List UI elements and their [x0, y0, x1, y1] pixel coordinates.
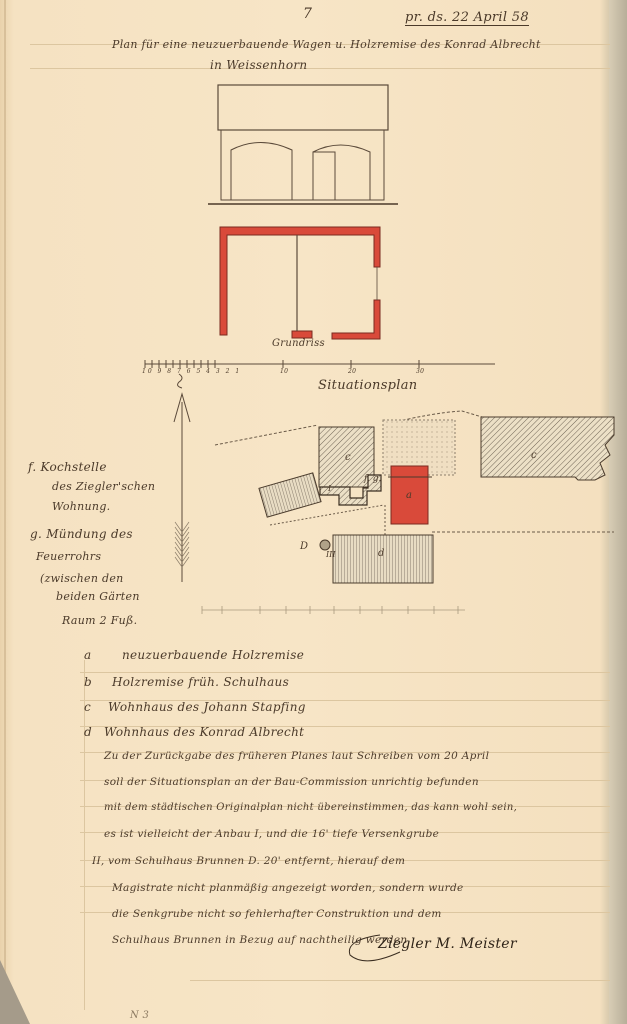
- scale-top-label: 10: [280, 368, 288, 375]
- signature: Ziegler M. Meister: [378, 936, 517, 952]
- legend-text: neuzuerbauende Holzremise: [122, 648, 304, 662]
- side-note-line: Raum 2 Fuß.: [62, 614, 137, 627]
- elevation-drawing: [200, 80, 410, 210]
- body-line: soll der Situationsplan an der Bau-Commi…: [104, 776, 479, 788]
- side-note-line: f. Kochstelle: [28, 460, 107, 474]
- page-number: 7: [303, 6, 312, 22]
- legend-key: b: [84, 675, 92, 689]
- label-a: a: [406, 490, 412, 501]
- ruled-line: [190, 980, 610, 981]
- label-c-left: c: [345, 452, 351, 463]
- body-line: es ist vielleicht der Anbau I, und die 1…: [104, 828, 439, 840]
- legend-key: c: [84, 700, 91, 714]
- receipt-note: pr. ds. 22 April 58: [405, 10, 529, 26]
- body-line: mit dem städtischen Originalplan nicht ü…: [104, 802, 517, 813]
- body-line: Magistrate nicht planmäßig angezeigt wor…: [112, 882, 464, 894]
- side-note-line: (zwischen den: [40, 572, 124, 585]
- legend-key: a: [84, 648, 91, 662]
- label-c-right: c: [531, 450, 537, 461]
- title-line-2: in Weissenhorn: [210, 58, 307, 72]
- label-d: d: [378, 548, 384, 559]
- ruled-line: [80, 672, 610, 673]
- torn-corner: [0, 960, 30, 1024]
- label-fg: f. g.: [364, 474, 381, 484]
- side-note-line: Wohnung.: [52, 500, 110, 513]
- side-note-line: Feuerrohrs: [36, 550, 101, 563]
- label-annex-III: III: [326, 550, 335, 559]
- scale-top-label: 30: [416, 368, 424, 375]
- footer-mark: N 3: [130, 1010, 149, 1021]
- side-note-line: g. Mündung des: [30, 527, 133, 541]
- document-page: 7 pr. ds. 22 April 58 Plan für eine neuz…: [0, 0, 627, 1024]
- binding-spine: [4, 0, 6, 1024]
- label-D: D: [300, 541, 308, 552]
- label-annex-I: I: [328, 484, 331, 493]
- side-note-line: des Ziegler'schen: [52, 480, 155, 493]
- side-note-line: beiden Gärten: [56, 590, 140, 603]
- site-plan-title: Situationsplan: [318, 378, 417, 393]
- body-line: die Senkgrube nicht so fehlerhafter Cons…: [112, 908, 442, 920]
- legend-key: d: [84, 725, 92, 739]
- floorplan-label: Grundriss: [272, 338, 325, 349]
- north-arrow-icon: [170, 372, 194, 587]
- body-line: II, vom Schulhaus Brunnen D. 20' entfern…: [92, 855, 405, 867]
- scale-top-label: 20: [348, 368, 356, 375]
- title-line-1: Plan für eine neuzuerbauende Wagen u. Ho…: [112, 38, 541, 51]
- legend-text: Wohnhaus des Konrad Albrecht: [104, 725, 304, 739]
- legend-text: Wohnhaus des Johann Stapfing: [108, 700, 306, 714]
- floor-plan: [215, 225, 385, 345]
- ruled-line: [30, 68, 610, 69]
- body-line: Zu der Zurückgabe des früheren Planes la…: [104, 750, 489, 762]
- scale-bar-bottom: [200, 605, 470, 617]
- legend-text: Holzremise früh. Schulhaus: [112, 675, 289, 689]
